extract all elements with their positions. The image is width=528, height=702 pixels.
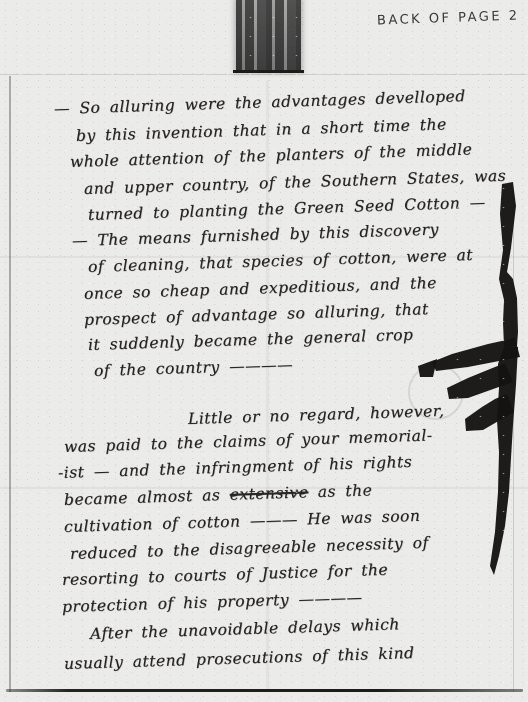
- page-annotation: BACK OF PAGE 2: [377, 9, 520, 29]
- page-right-edge: [513, 200, 514, 692]
- manuscript-line: by this invention that in a short time t…: [76, 115, 447, 145]
- manuscript-line: turned to planting the Green Seed Cotton…: [88, 194, 486, 224]
- manuscript-line: became almost as extensive as the: [64, 481, 373, 509]
- manuscript-line: of cleaning, that species of cotton, wer…: [88, 246, 474, 276]
- manuscript-line: of the country ————: [94, 356, 294, 380]
- manuscript-line: cultivation of cotton ——— He was soon: [64, 507, 421, 536]
- manuscript-line: prospect of advantage so alluring, that: [84, 300, 429, 329]
- manuscript-line: After the unavoidable delays which: [90, 615, 400, 643]
- line-segment: became almost as: [64, 486, 230, 509]
- manuscript-line: whole attention of the planters of the m…: [70, 140, 473, 171]
- manuscript-line: Little or no regard, however,: [188, 402, 445, 428]
- page-left-edge: [9, 76, 11, 692]
- manuscript-line: reduced to the disagreeable necessity of: [70, 534, 429, 563]
- manuscript-line: — The means furnished by this discovery: [72, 220, 439, 250]
- manuscript-line: usually attend prosecutions of this kind: [64, 644, 415, 673]
- manuscript-line: — So alluring were the advantages devell…: [54, 87, 466, 118]
- scanned-document: BACK OF PAGE 2 — So alluring were the ad…: [0, 0, 528, 702]
- binding-tape-artifact: [236, 0, 301, 71]
- manuscript-line: once so cheap and expeditious, and the: [84, 274, 437, 303]
- line-segment: as the: [308, 481, 372, 501]
- manuscript-line: it suddenly became the general crop: [88, 326, 414, 354]
- binding-tape-edge: [233, 70, 304, 73]
- page-bottom-edge: [6, 689, 523, 692]
- manuscript-line: resorting to courts of Justice for the: [62, 561, 389, 589]
- struck-word: extensive: [229, 483, 308, 503]
- manuscript-line: protection of his property ————: [62, 589, 363, 616]
- manuscript-line: was paid to the claims of your memorial-: [64, 426, 433, 456]
- page-top-edge: [0, 74, 528, 75]
- manuscript-line: -ist — and the infringment of his rights: [58, 453, 413, 482]
- manuscript-line: and upper country, of the Southern State…: [84, 167, 507, 198]
